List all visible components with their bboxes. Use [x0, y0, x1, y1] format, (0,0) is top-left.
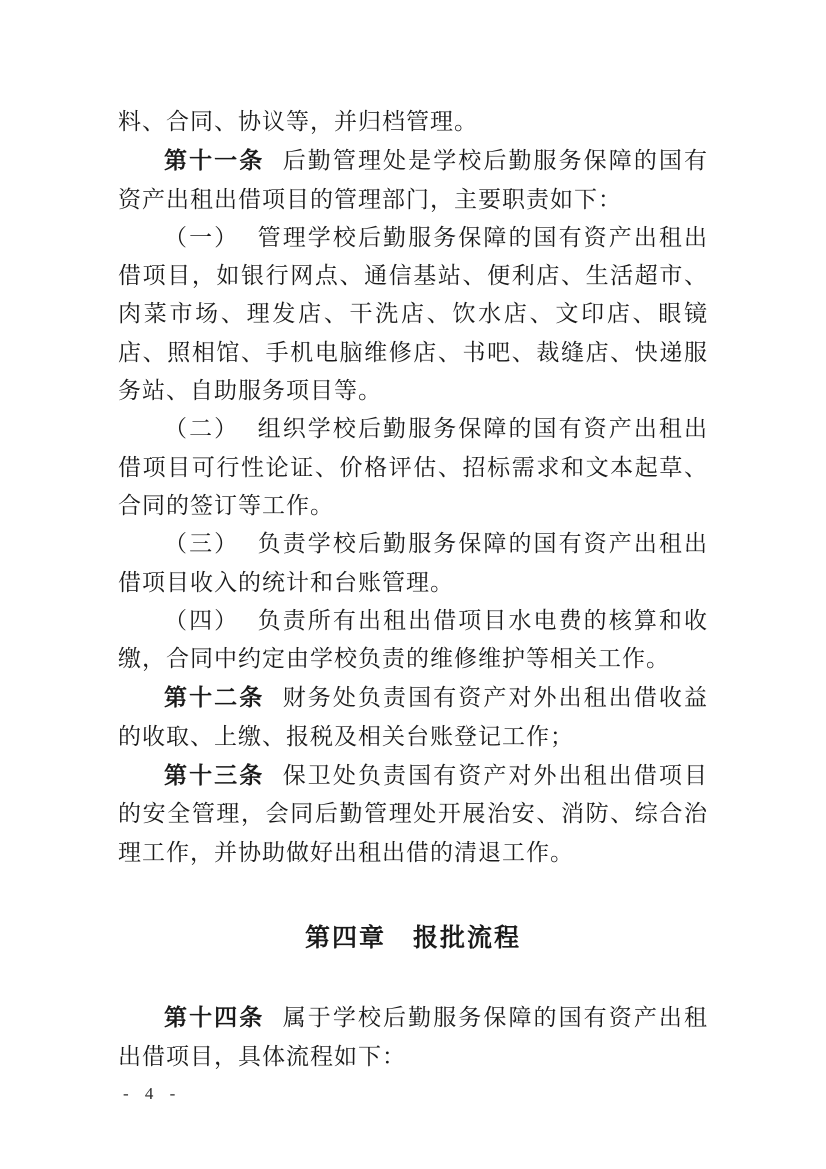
page-number: - 4 -: [123, 1082, 181, 1106]
paragraph: （四）负责所有出租出借项目水电费的核算和收缴，合同中约定由学校负责的维修维护等相…: [118, 602, 708, 679]
item-number-label: （三）: [164, 531, 239, 556]
item-number-label: （一）: [164, 225, 239, 250]
document-body: 料、合同、协议等，并归档管理。第十一条后勤管理处是学校后勤服务保障的国有资产出租…: [118, 103, 708, 1076]
paragraph-text: 管理学校后勤服务保障的国有资产出租出借项目，如银行网点、通信基站、便利店、生活超…: [118, 225, 708, 403]
paragraph: 第十三条保卫处负责国有资产对外出租出借项目的安全管理，会同后勤管理处开展治安、消…: [118, 756, 708, 872]
paragraph: （二）组织学校后勤服务保障的国有资产出租出借项目可行性论证、价格评估、招标需求和…: [118, 410, 708, 525]
article-number-label: 第十二条: [164, 684, 264, 710]
paragraph-text: 料、合同、协议等，并归档管理。: [118, 109, 478, 134]
document-page: 料、合同、协议等，并归档管理。第十一条后勤管理处是学校后勤服务保障的国有资产出租…: [0, 0, 826, 1169]
paragraph: 第十四条属于学校后勤服务保障的国有资产出租出借项目，具体流程如下：: [118, 998, 708, 1076]
paragraph: 第十二条财务处负责国有资产对外出租出借收益的收取、上缴、报税及相关台账登记工作；: [118, 678, 708, 756]
item-number-label: （二）: [164, 416, 239, 441]
paragraph: （三）负责学校后勤服务保障的国有资产出租出借项目收入的统计和台账管理。: [118, 525, 708, 602]
item-number-label: （四）: [164, 608, 239, 633]
paragraph: 料、合同、协议等，并归档管理。: [118, 103, 708, 141]
article-number-label: 第十四条: [164, 1004, 264, 1030]
paragraph: 第十一条后勤管理处是学校后勤服务保障的国有资产出租出借项目的管理部门，主要职责如…: [118, 141, 708, 219]
chapter-heading: 第四章 报批流程: [118, 919, 708, 957]
paragraph: （一）管理学校后勤服务保障的国有资产出租出借项目，如银行网点、通信基站、便利店、…: [118, 219, 708, 410]
article-number-label: 第十一条: [164, 147, 264, 173]
article-number-label: 第十三条: [164, 762, 264, 788]
